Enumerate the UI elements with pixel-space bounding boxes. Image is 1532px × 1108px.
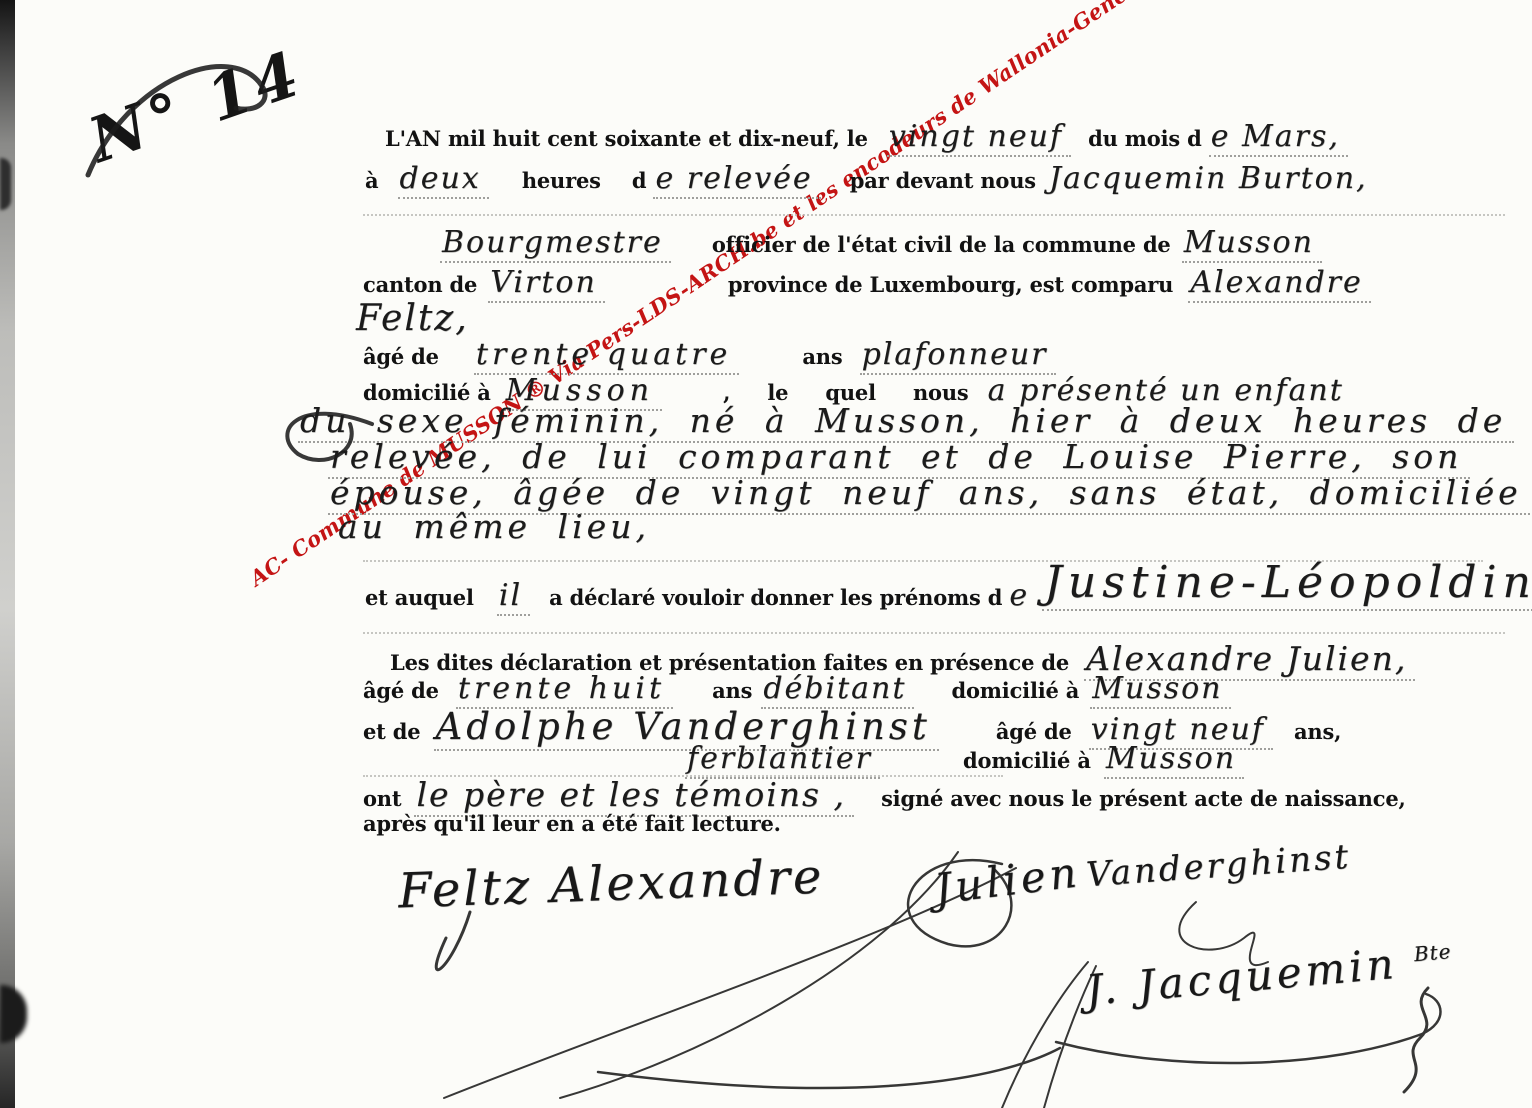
signature-julien: Julien: [932, 847, 1084, 914]
printed-domicilie-a: domicilié à: [963, 748, 1091, 773]
hw-witness1-age: trente huit: [456, 671, 673, 709]
hw-bourgmestre: Bourgmestre: [440, 225, 671, 263]
printed-et-de: et de: [363, 719, 420, 744]
form-line-ont-signe: ont le père et les témoins , signé avec …: [363, 776, 1406, 814]
form-line-surname: Feltz,: [356, 298, 469, 339]
form-line-prenoms: et auquel il a déclaré vouloir donner le…: [365, 566, 1532, 617]
printed-age-de: âgé de: [363, 678, 439, 703]
hw-commune: Musson: [1182, 225, 1322, 263]
flourish-sweep: [598, 1048, 1060, 1088]
hw-witness2-profession: ferblantier: [685, 741, 880, 779]
printed-age-de: âgé de: [363, 344, 439, 369]
scan-artifact: [0, 985, 27, 1043]
form-rule: [363, 214, 1505, 216]
printed-a: à: [365, 168, 378, 193]
flourish-feltz: [436, 912, 470, 970]
printed-canton-de: canton de: [363, 272, 477, 297]
signature-vanderghinst: Vanderghinst: [1085, 837, 1352, 895]
printed-du-mois: du mois d: [1088, 126, 1202, 151]
printed-ont: ont: [363, 786, 401, 811]
hw-witness1-domicile: Musson: [1090, 671, 1230, 709]
form-line-witness2-domicile: ferblantier domicilié à Musson: [685, 742, 1244, 777]
hw-witness1-profession: débitant: [761, 671, 914, 709]
printed-ans: ans,: [1294, 719, 1341, 744]
act-number: N° 14: [80, 36, 312, 177]
form-line-witness1-age: âgé de trente huit ans débitant domicili…: [363, 672, 1231, 707]
form-rule: [363, 632, 1505, 634]
printed-ans: ans: [802, 344, 842, 369]
hw-relevee: e relevée: [653, 161, 820, 199]
signature-jacquemin: J. Jacquemin Bte: [1084, 934, 1455, 1015]
hw-text: au même lieu,: [338, 507, 650, 546]
signature-feltz: Feltz Alexandre: [397, 849, 825, 920]
hw-birth-details-1: du sexe féminin, né à Musson, hier à deu…: [298, 402, 1514, 440]
printed-declare-donner: a déclaré vouloir donner les prénoms d: [549, 585, 1002, 610]
hw-witness2-domicile: Musson: [1104, 741, 1244, 779]
hw-month: e Mars,: [1209, 119, 1348, 157]
signature-jacquemin-title: Bte: [1413, 939, 1453, 966]
printed-d: d: [632, 168, 646, 193]
printed-officier-commune: officier de l'état civil de la commune d…: [712, 232, 1171, 257]
hw-il: il: [497, 578, 530, 616]
printed-age-de: âgé de: [996, 719, 1072, 744]
form-line-hour: à deux heures d e relevée par devant nou…: [365, 162, 1368, 197]
flourish-jacquemin-j1: [1002, 962, 1088, 1108]
printed-province-comparu: province de Luxembourg, est comparu: [728, 272, 1173, 297]
form-line-officier: Bourgmestre officier de l'état civil de …: [440, 226, 1322, 261]
printed-heures: heures: [522, 168, 601, 193]
hw-child-given-names: Justine-Léopoldine: [1042, 557, 1532, 611]
hw-declarant-age: trente quatre: [474, 337, 739, 375]
flourish-jacquemin-paraph: [1404, 988, 1428, 1092]
printed-et-auquel: et auquel: [365, 585, 474, 610]
hw-birth-details-2: relevée, de lui comparant et de Louise P…: [328, 438, 1470, 476]
printed-domicilie-a: domicilié à: [952, 678, 1080, 703]
printed-lecture: après qu'il leur en a été fait lecture.: [363, 811, 781, 836]
hw-declarant-profession: plafonneur: [860, 337, 1056, 375]
form-line-year: L'AN mil huit cent soixante et dix-neuf,…: [385, 120, 1348, 155]
printed-signe-acte: signé avec nous le présent acte de naiss…: [881, 786, 1406, 811]
printed-par-devant-nous: par devant nous: [850, 168, 1036, 193]
hw-officer-name: Jacquemin Burton,: [1049, 161, 1368, 196]
form-line-age: âgé de trente quatre ans plafonneur: [363, 338, 1056, 373]
form-line-canton: canton de Virton province de Luxembourg,…: [363, 266, 1371, 301]
hw-birth-details-4: au même lieu,: [338, 508, 650, 546]
form-line-lecture: après qu'il leur en a été fait lecture.: [363, 812, 781, 836]
hw-declarant-firstname: Alexandre: [1188, 265, 1370, 303]
printed-year-text: L'AN mil huit cent soixante et dix-neuf,…: [385, 126, 868, 151]
hw-hour: deux: [398, 161, 489, 199]
printed-ans: ans: [712, 678, 752, 703]
scan-artifact: [0, 158, 11, 210]
signature-jacquemin-name: J. Jacquemin: [1084, 939, 1400, 1015]
hw-canton: Virton: [488, 265, 605, 303]
hw-day: vingt neuf: [887, 119, 1071, 157]
hw-e: e: [1009, 578, 1029, 613]
scanned-birth-act: N° 14 AC- Commune de MUSSON ® Via Pers-L…: [0, 0, 1532, 1108]
hw-declarant-surname: Feltz,: [356, 298, 469, 339]
